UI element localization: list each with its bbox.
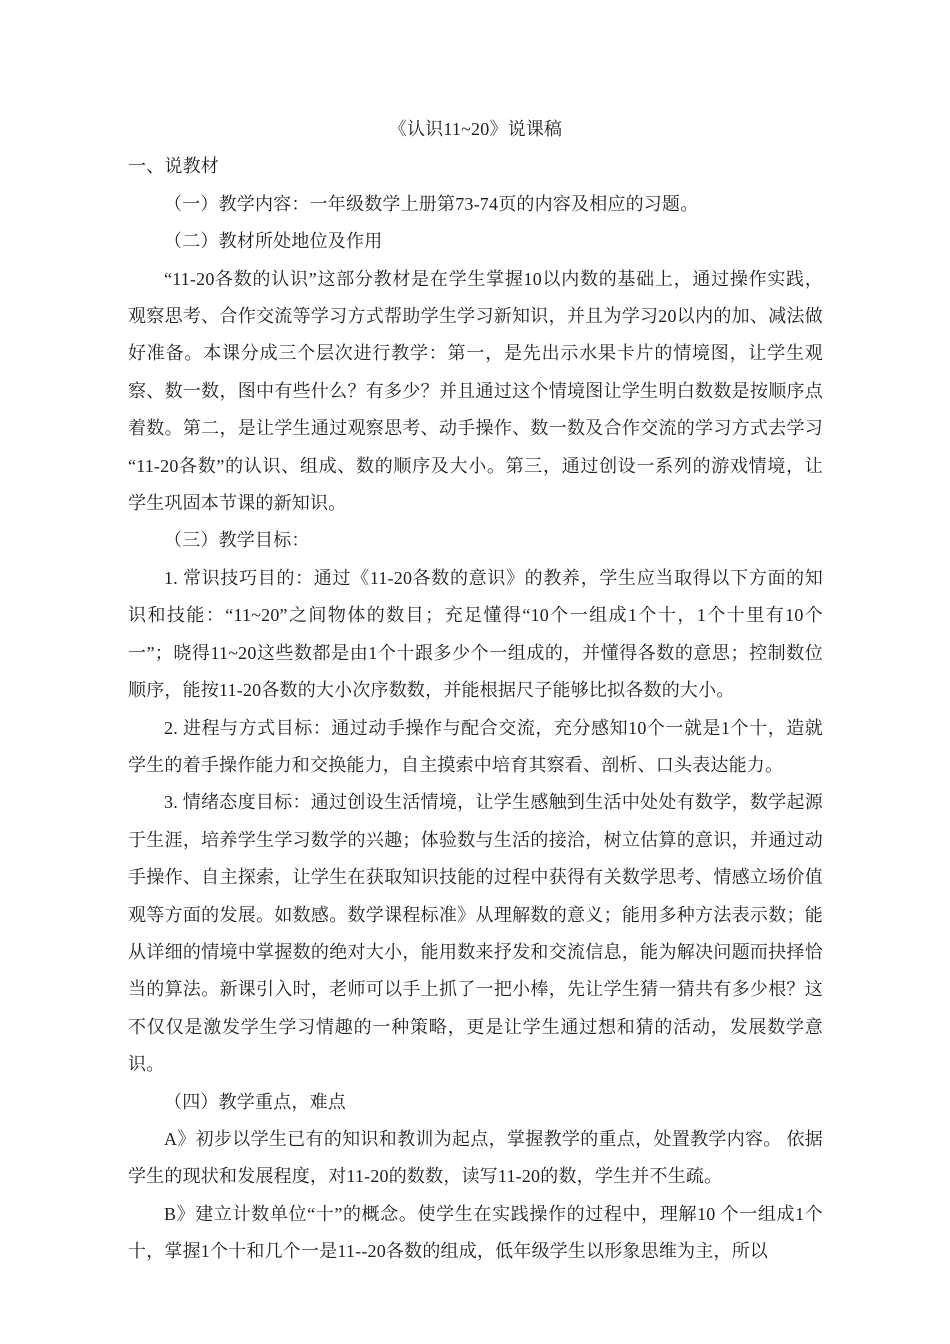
paragraph-material-analysis: “11-20各数的认识”这部分教材是在学生掌握10以内数的基础上，通过操作实践，… <box>128 261 823 523</box>
page-title: 《认识11~20》说课稿 <box>128 111 823 148</box>
paragraph-goal-knowledge-skills: 1. 常识技巧目的：通过《11-20各数的意识》的教养，学生应当取得以下方面的知… <box>128 560 823 710</box>
paragraph-goal-emotion-attitude: 3. 情绪态度目标：通过创设生活情境，让学生感触到生活中处处有数学，数学起源于生… <box>128 784 823 1083</box>
subsection-key-difficult-points-heading: （四）教学重点，难点 <box>128 1084 823 1121</box>
subsection-teaching-goals-heading: （三）教学目标： <box>128 522 823 559</box>
paragraph-point-a: A》初步以学生已有的知识和教训为起点，掌握教学的重点，处置教学内容。 依据学生的… <box>128 1121 823 1196</box>
document-content: 《认识11~20》说课稿 一、说教材 （一）教学内容：一年级数学上册第73-74… <box>128 111 823 1271</box>
section-heading-shuo-jiaocai: 一、说教材 <box>128 148 823 185</box>
subsection-material-role-heading: （二）教材所处地位及作用 <box>128 223 823 260</box>
document-page: 《认识11~20》说课稿 一、说教材 （一）教学内容：一年级数学上册第73-74… <box>0 0 950 1344</box>
subsection-teaching-content: （一）教学内容：一年级数学上册第73-74页的内容及相应的习题。 <box>128 186 823 223</box>
paragraph-goal-process-method: 2. 进程与方式目标：通过动手操作与配合交流，充分感知10个一就是1个十，造就学… <box>128 710 823 785</box>
paragraph-point-b: B》建立计数单位“十”的概念。使学生在实践操作的过程中，理解10 个一组成1个十… <box>128 1196 823 1271</box>
